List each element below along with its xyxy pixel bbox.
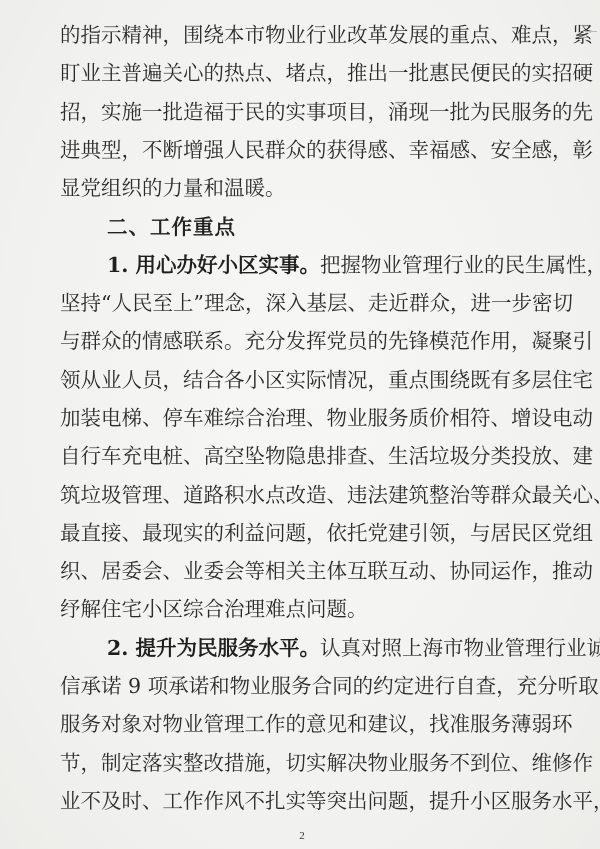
paragraph-line: 服务对象对物业管理工作的意见和建议，找准服务薄弱环 (60, 709, 540, 739)
paragraph-line: 筑垃圾管理、道路积水点改造、违法建筑整治等群众最关心、 (60, 480, 540, 510)
paragraph-line: 的指示精神，围绕本市物业行业改革发展的重点、难点，紧 (60, 20, 540, 50)
paragraph-line: 信承诺 9 项承诺和物业服务合同的约定进行自查，充分听取 (60, 671, 540, 701)
paragraph-line: 最直接、最现实的利益问题，依托党建引领，与居民区党组 (60, 518, 540, 548)
paragraph-line: 业不及时、工作作风不扎实等突出问题，提升小区服务水平， (60, 786, 540, 816)
paragraph-line: 与群众的情感联系。充分发挥党员的先锋模范作用，凝聚引 (60, 326, 540, 356)
page-number: 2 (294, 830, 310, 842)
paragraph-line: 自行车充电桩、高空坠物隐患排查、生活垃圾分类投放、建 (60, 441, 540, 471)
paragraph-line: 进典型，不断增强人民群众的获得感、幸福感、安全感，彰 (60, 135, 540, 165)
section-heading: 二、工作重点 (107, 212, 540, 242)
paragraph-text: 把握物业管理行业的民生属性， (320, 253, 600, 277)
subsection-line: 2. 提升为民服务水平。认真对照上海市物业管理行业诚 (107, 633, 540, 663)
paragraph-line: 节，制定落实整改措施，切实解决物业服务不到位、维修作 (60, 748, 540, 778)
subsection-title: 1. 用心办好小区实事。 (107, 253, 320, 277)
paragraph-line: 加装电梯、停车难综合治理、物业服务质价相符、增设电动 (60, 403, 540, 433)
paragraph-line: 招，实施一批造福于民的实事项目，涌现一批为民服务的先 (60, 97, 540, 127)
paragraph-line: 领从业人员，结合各小区实际情况，重点围绕既有多层住宅 (60, 365, 540, 395)
paragraph-line: 织、居委会、业委会等相关主体互联互动、协同运作，推动 (60, 556, 540, 586)
scan-artifact (585, 31, 597, 32)
subsection-line: 1. 用心办好小区实事。把握物业管理行业的民生属性， (107, 250, 540, 280)
paragraph-text: 认真对照上海市物业管理行业诚 (320, 636, 600, 660)
subsection-title: 2. 提升为民服务水平。 (107, 636, 320, 660)
paragraph-line: 显党组织的力量和温暖。 (60, 173, 540, 203)
paragraph-line: 盯业主普遍关心的热点、堵点，推出一批惠民便民的实招硬 (60, 58, 540, 88)
paragraph-line: 纾解住宅小区综合治理难点问题。 (60, 594, 540, 624)
paragraph-line: 坚持“人民至上”理念，深入基层、走近群众，进一步密切 (60, 288, 540, 318)
document-page: 的指示精神，围绕本市物业行业改革发展的重点、难点，紧 盯业主普遍关心的热点、堵点… (0, 0, 600, 849)
